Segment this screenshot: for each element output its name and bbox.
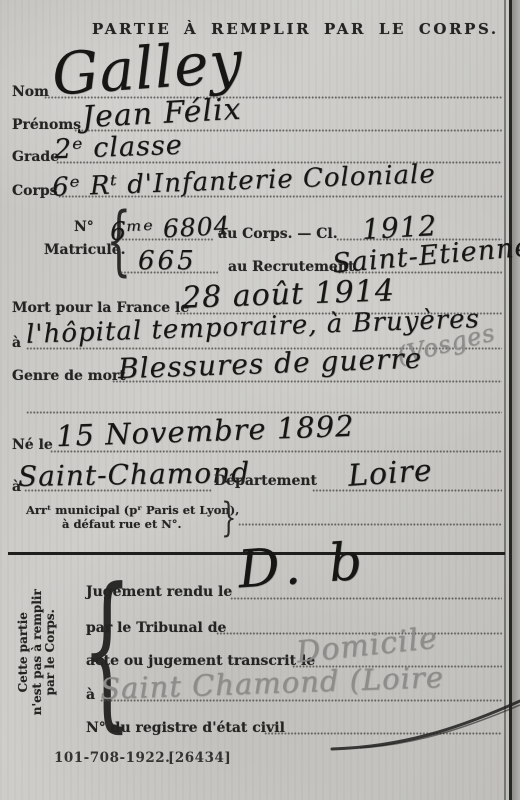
arrondissement-label-line1: Arrᵗ municipal (pʳ Paris et Lyon),: [26, 503, 239, 517]
grade-handwritten-value: 2ᵉ classe: [53, 130, 183, 165]
naissance-date-value: 15 Novembre 1892: [55, 409, 355, 453]
arrondissement-brace-icon: }: [221, 498, 236, 538]
card-edge-line-inner: [504, 0, 506, 800]
matricule-recrutement-value: 665: [138, 246, 197, 276]
au-corps-label: au Corps. — Cl.: [218, 226, 338, 242]
grade-label: Grade: [12, 149, 59, 165]
jugement-handwritten-value: D. b: [236, 532, 370, 601]
matricule-no-label: N°: [74, 219, 94, 235]
naissance-label: Né le: [12, 437, 53, 453]
prenoms-label: Prénoms: [12, 117, 81, 133]
mort-label: Mort pour la France le: [12, 300, 189, 316]
registre-dotted-line: [264, 732, 502, 735]
sidebar-note: Cette partie n'est pas à remplir par le …: [17, 577, 58, 727]
genre-mort-label: Genre de mort: [12, 368, 126, 384]
footer-imprint: 101-708-1922.: [54, 750, 170, 766]
footer-reference: [26434]: [168, 750, 231, 766]
registre-label: N° du registre d'état civil: [86, 720, 285, 736]
tribunal-label: par le Tribunal de: [86, 620, 226, 636]
sidebar-note-line2: n'est pas à remplir: [30, 577, 44, 727]
military-death-record-card: PARTIE À REMPLIR PAR LE CORPS. Nom Galle…: [0, 0, 520, 800]
arrondissement-dotted-line: [238, 523, 502, 526]
sidebar-note-line3: par le Corps.: [44, 577, 58, 727]
jugement-label: Jugement rendu le: [86, 584, 232, 600]
acte-lieu-label: à: [86, 687, 95, 703]
card-edge-margin: [512, 0, 520, 800]
departement-value: Loire: [347, 453, 434, 494]
lieu-mort-label: à: [12, 335, 21, 351]
sidebar-note-line1: Cette partie: [17, 577, 31, 727]
arrondissement-label-line2: à défaut rue et N°.: [62, 517, 182, 531]
corps-label: Corps: [12, 183, 58, 199]
departement-label: Département: [214, 473, 317, 489]
